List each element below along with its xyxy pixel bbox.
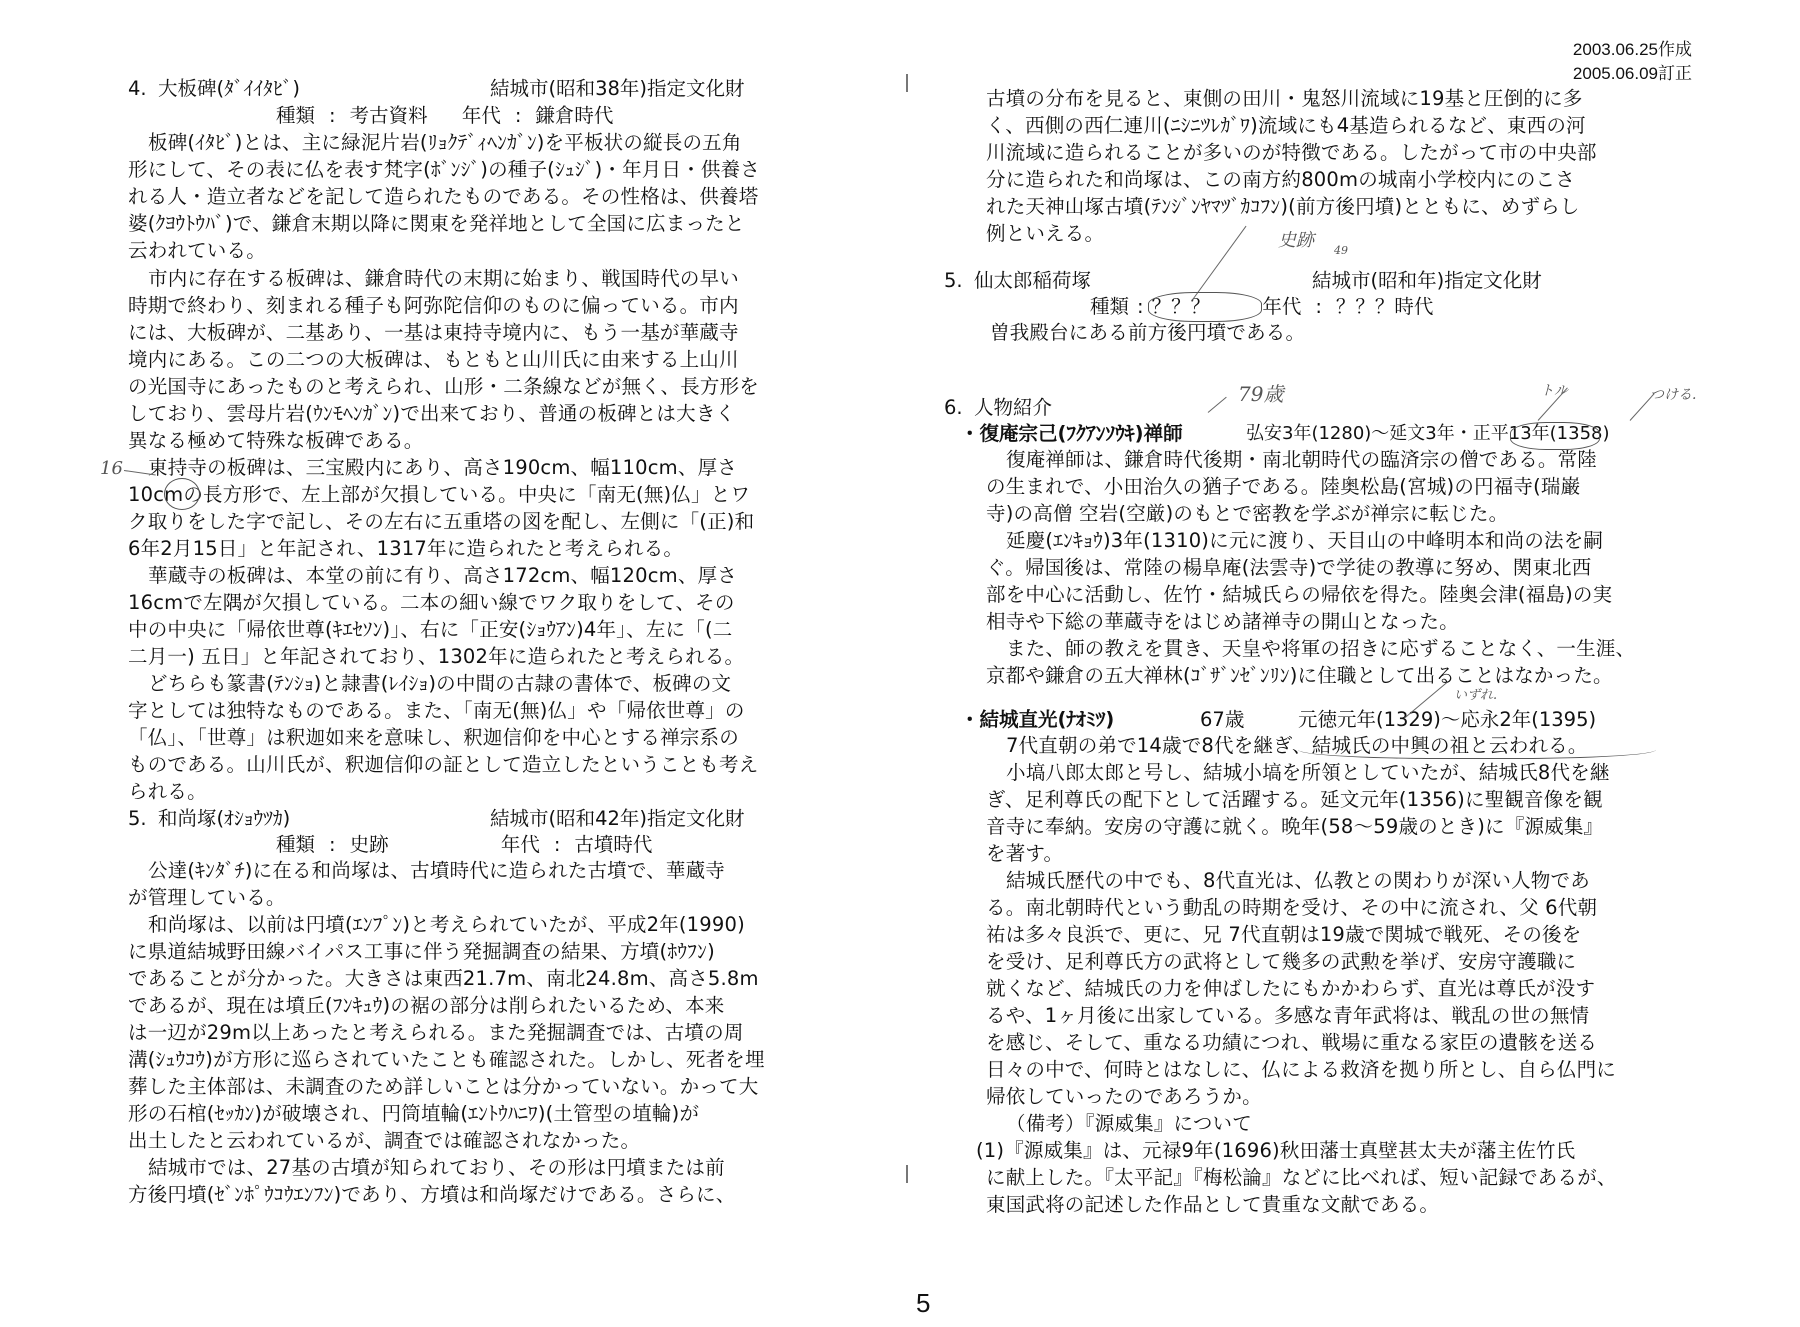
document-page: 2003.06.25作成 2005.06.09訂正 4.大板碑(ﾀﾞｲｲﾀﾋﾞ)… — [0, 0, 1800, 1327]
section-4-heading: 4.大板碑(ﾀﾞｲｲﾀﾋﾞ) 結城市(昭和38年)指定文化財 — [128, 76, 300, 102]
paragraph-line: 例といえる。 — [986, 221, 1104, 247]
paragraph-line: 就くなど、結城氏の力を伸ばしたにもかかわらず、直光は尊氏が没す — [986, 976, 1595, 1002]
paragraph-line: が管理している。 — [128, 885, 286, 911]
person-2-age: 67歳 — [1200, 707, 1244, 733]
paragraph-line: に県道結城野田線バイパス工事に伴う発掘調査の結果、方墳(ﾎｳﾌﾝ) — [128, 939, 715, 965]
paragraph-line: 古墳の分布を見ると、東側の田川・鬼怒川流域に19基と圧倒的に多 — [986, 86, 1583, 112]
section-5b-heading: 5.仙太郎稲荷塚 結城市(昭和年)指定文化財 — [944, 268, 1091, 294]
paragraph-line: の光国寺にあったものと考えられ、山形・二条線などが無く、長方形を — [128, 374, 759, 400]
paragraph-line: 帰依していったのであろうか。 — [986, 1084, 1262, 1110]
paragraph-line: は一辺が29m以上あったと考えられる。また発掘調査では、古墳の周 — [128, 1020, 744, 1046]
section-5-meta: 種類:史跡 年代:古墳時代 — [276, 832, 652, 858]
fold-mark-bottom — [906, 1165, 908, 1183]
paragraph-line: 公達(ｷﾝﾀﾞﾁ)に在る和尚塚は、古墳時代に造られた古墳で、華蔵寺 — [128, 858, 725, 884]
paragraph-line: 形の石棺(ｾｯｶﾝ)が破壊され、円筒埴輪(ｴﾝﾄｳﾊﾆﾜ)(土管型の埴輪)が — [128, 1101, 699, 1127]
section-5-title: 和尚塚(ｵｼｮｳﾂｶ) — [158, 807, 290, 830]
paragraph-line: る。南北朝時代という動乱の時期を受け、その中に流され、父 6代朝 — [986, 895, 1597, 921]
paragraph-line: 婆(ｸﾖｳﾄｳﾊﾞ)で、鎌倉末期以降に関東を発祥地として全国に広まったと — [128, 211, 745, 237]
paragraph-line: には、大板碑が、二基あり、一基は東持寺境内に、もう一基が華蔵寺 — [128, 320, 739, 346]
paragraph-line: 東国武将の記述した作品として貴重な文献である。 — [986, 1192, 1439, 1218]
paragraph-line: に献上した。『太平記』『梅松論』などに比べれば、短い記録であるが、 — [986, 1165, 1617, 1191]
annotation-circle — [1510, 422, 1600, 450]
paragraph-line: 異なる極めて特殊な板碑である。 — [128, 428, 424, 454]
person-2-name: ・結城直光(ﾅｵﾐﾂ) — [960, 708, 1114, 731]
handwritten-note-tsukeru: つける. — [1650, 384, 1696, 404]
paragraph-line: 時期で終わり、刻まれる種子も阿弥陀信仰のものに偏っている。市内 — [128, 293, 739, 319]
paragraph-line: 二月一) 五日」と年記されており、1302年に造られたと考えられる。 — [128, 644, 744, 670]
section-6-heading: 6.人物紹介 — [944, 395, 1052, 421]
paragraph-line: れる人・造立者などを記して造られたものである。その性格は、供養塔 — [128, 184, 758, 210]
paragraph-line: (1)『源威集』は、元禄9年(1696)秋田藩士真壁甚太夫が藩主佐竹氏 — [976, 1138, 1575, 1164]
paragraph-line: 市内に存在する板碑は、鎌倉時代の末期に始まり、戦国時代の早い — [128, 266, 739, 292]
paragraph-line: 境内にある。この二つの大板碑は、もともと山川氏に由来する上山川 — [128, 347, 739, 373]
created-date: 2003.06.25作成 — [1573, 38, 1692, 62]
section-5b-designation: 結城市(昭和年)指定文化財 — [1312, 268, 1542, 294]
paragraph-line: 溝(ｼｭｳｺｳ)が方形に巡らされていたことも確認された。しかし、死者を埋 — [128, 1047, 765, 1073]
paragraph-line: 方後円墳(ｾﾞﾝﾎﾟｳｺｳｴﾝﾌﾝ)であり、方墳は和尚塚だけである。さらに、 — [128, 1182, 735, 1208]
paragraph-line: 東持寺の板碑は、三宝殿内にあり、高さ190cm、幅110cm、厚さ — [128, 455, 737, 481]
paragraph-line: しており、雲母片岩(ｳﾝﾓﾍﾝｶﾞﾝ)で出来ており、普通の板碑とは大きく — [128, 401, 735, 427]
paragraph-line: 板碑(ｲﾀﾋﾞ)とは、主に緑泥片岩(ﾘｮｸﾃﾞｨﾍﾝｶﾞﾝ)を平板状の縦長の五角 — [128, 130, 742, 156]
paragraph-line: を感じ、そして、重なる功績につれ、戦場に重なる家臣の遺骸を送る — [986, 1030, 1597, 1056]
fold-mark-top — [906, 74, 908, 92]
person-1-name: ・復庵宗己(ﾌｸｱﾝｿｳｷ)禅師 — [960, 422, 1183, 445]
paragraph-line: 字としては独特なものである。また、「南无(無)仏」や「帰依世尊」の — [128, 698, 745, 724]
paragraph-line: ぐ。帰国後は、常陸の楊阜庵(法雲寺)で学徒の教導に努め、関東北西 — [986, 555, 1591, 581]
paragraph-line: ぎ、足利尊氏の配下として活躍する。延文元年(1356)に聖観音像を観 — [986, 787, 1603, 813]
paragraph-line: 音寺に奉納。安房の守護に就く。晩年(58～59歳のとき)に『源威集』 — [986, 814, 1603, 840]
paragraph-line: 祐は多々良浜で、更に、兄 7代直朝は19歳で関城で戦死、その後を — [986, 922, 1581, 948]
paragraph-line: どちらも篆書(ﾃﾝｼｮ)と隷書(ﾚｲｼｮ)の中間の古隷の書体で、板碑の文 — [128, 671, 731, 697]
paragraph-line: を著す。 — [986, 841, 1063, 867]
paragraph-line: また、師の教えを貫き、天皇や将軍の招きに応ずることなく、一生涯、 — [986, 636, 1635, 662]
paragraph-line: 川流域に造られることが多いのが特徴である。したがって市の中央部 — [986, 140, 1597, 166]
paragraph-line: であることが分かった。大きさは東西21.7m、南北24.8m、高さ5.8m — [128, 966, 759, 992]
annotation-underline — [1298, 736, 1656, 759]
paragraph-line: 華蔵寺の板碑は、本堂の前に有り、高さ172cm、幅120cm、厚さ — [128, 563, 737, 589]
paragraph-line: 10cmの長方形で、左上部が欠損している。中央に「南无(無)仏」とワ — [128, 482, 750, 508]
paragraph-line: 葬した主体部は、未調査のため詳しいことは分かっていない。かって大 — [128, 1074, 758, 1100]
handwritten-note-79: 79歳 — [1238, 378, 1283, 407]
annotation-stroke — [1192, 226, 1247, 301]
paragraph-line: るや、1ヶ月後に出家している。多感な青年武将は、戦乱の世の無情 — [986, 1003, 1589, 1029]
paragraph-line: 日々の中で、何時とはなしに、仏による救済を拠り所とし、自ら仏門に — [986, 1057, 1616, 1083]
handwritten-note-16: 16 — [100, 458, 123, 479]
section-4-era: 鎌倉時代 — [535, 103, 613, 129]
section-5-designation: 結城市(昭和42年)指定文化財 — [490, 806, 745, 832]
paragraph-line: く、西側の西仁連川(ﾆｼﾆﾂﾚｶﾞﾜ)流域にも4基造られるなど、東西の河 — [986, 113, 1586, 139]
paragraph-line: 云われている。 — [128, 238, 266, 264]
paragraph-line: 「仏」、「世尊」は釈迦如来を意味し、釈迦信仰を中心とする禅宗系の — [128, 725, 739, 751]
paragraph-line: 出土したと云われているが、調査では確認されなかった。 — [128, 1128, 640, 1154]
section-5-era: 古墳時代 — [574, 832, 652, 858]
revision-dates: 2003.06.25作成 2005.06.09訂正 — [1573, 38, 1692, 86]
handwritten-note-49: 49 — [1334, 244, 1348, 257]
paragraph-line: 小塙八郎太郎と号し、結城小塙を所領としていたが、結城氏8代を継 — [986, 760, 1610, 786]
paragraph-line: 分に造られた和尚塚は、この南方約800mの城南小学校内にのこさ — [986, 167, 1575, 193]
person-2-heading: ・結城直光(ﾅｵﾐﾂ) 67歳 元徳元年(1329)～応永2年(1395) — [960, 707, 1114, 733]
paragraph-line: 京都や鎌倉の五大禅林(ｺﾞｻﾞﾝｾﾞﾝﾘﾝ)に住職として出ることはなかった。 — [986, 663, 1613, 689]
paragraph-line: 中の中央に「帰依世尊(ｷｴｾｿﾝ)」、右に「正安(ｼｮｳｱﾝ)4年」、左に「(二 — [128, 617, 732, 643]
section-5b-era: ？？？時代 — [1336, 294, 1434, 320]
handwritten-note-izure: いずれ. — [1454, 684, 1497, 703]
annotation-stroke — [1208, 397, 1227, 413]
paragraph-line: の生まれで、小田治久の猶子である。陸奥松島(宮城)の円福寺(瑞巌 — [986, 474, 1580, 500]
annotation-circle — [164, 478, 200, 510]
paragraph-line: 曽我殿台にある前方後円墳である。 — [990, 320, 1305, 346]
paragraph-line: 延慶(ｴﾝｷｮｳ)3年(1310)に元に渡り、天目山の中峰明本和尚の法を嗣 — [986, 528, 1603, 554]
section-4-designation: 結城市(昭和38年)指定文化財 — [490, 76, 745, 102]
remarks-heading: （備考）『源威集』について — [986, 1111, 1252, 1137]
section-4-type: 考古資料 — [350, 103, 428, 129]
paragraph-line: れた天神山塚古墳(ﾃﾝｼﾞﾝﾔﾏﾂﾞｶｺﾌﾝ)(前方後円墳)とともに、めずらし — [986, 194, 1580, 220]
paragraph-line: ものである。山川氏が、釈迦信仰の証として造立したということも考え — [128, 752, 758, 778]
revised-date: 2005.06.09訂正 — [1573, 62, 1692, 86]
person-2-dates: 元徳元年(1329)～応永2年(1395) — [1298, 707, 1596, 733]
section-5-type: 史跡 — [350, 832, 389, 858]
annotation-stroke — [1630, 393, 1655, 420]
annotation-circle — [1148, 292, 1262, 322]
section-5-heading: 5.和尚塚(ｵｼｮｳﾂｶ) 結城市(昭和42年)指定文化財 — [128, 806, 290, 832]
section-5b-title: 仙太郎稲荷塚 — [974, 269, 1091, 292]
paragraph-line: 相寺や下総の華蔵寺をはじめ諸禅寺の開山となった。 — [986, 609, 1459, 635]
paragraph-line: 寺)の高僧 空岩(空厳)のもとで密教を学ぶが禅宗に転じた。 — [986, 501, 1508, 527]
paragraph-line: 形にして、その表に仏を表す梵字(ﾎﾞﾝｼﾞ)の種子(ｼｭｼﾞ)・年月日・供養さ — [128, 157, 760, 183]
section-4-title: 大板碑(ﾀﾞｲｲﾀﾋﾞ) — [158, 77, 300, 100]
paragraph-line: 6年2月15日」と年記され、1317年に造られたと考えられる。 — [128, 536, 683, 562]
paragraph-line: であるが、現在は墳丘(ﾌﾝｷｭｳ)の裾の部分は削られたいるため、本来 — [128, 993, 725, 1019]
section-6-title: 人物紹介 — [974, 396, 1052, 419]
paragraph-line: を受け、足利尊氏方の武将として幾多の武勲を挙げ、安房守護職に — [986, 949, 1576, 975]
paragraph-line: 部を中心に活動し、佐竹・結城氏らの帰依を得た。陸奥会津(福島)の実 — [986, 582, 1612, 608]
paragraph-line: 結城氏歴代の中でも、8代直光は、仏教との関わりが深い人物であ — [986, 868, 1590, 894]
paragraph-line: 和尚塚は、以前は円墳(ｴﾝﾌﾟﾝ)と考えられていたが、平成2年(1990) — [128, 912, 745, 938]
paragraph-line: 復庵禅師は、鎌倉時代後期・南北朝時代の臨済宗の僧である。常陸 — [986, 447, 1597, 473]
paragraph-line: ク取りをした字で記し、その左右に五重塔の図を配し、左側に「(正)和 — [128, 509, 754, 535]
paragraph-line: 結城市では、27基の古墳が知られており、その形は円墳または前 — [128, 1155, 725, 1181]
paragraph-line: られる。 — [128, 779, 207, 805]
handwritten-note-shiseki: 史跡 — [1278, 226, 1314, 252]
page-number: 5 — [916, 1288, 930, 1319]
person-1-heading: ・復庵宗己(ﾌｸｱﾝｿｳｷ)禅師 弘安3年(1280)～延文3年・正平13年(1… — [960, 421, 1183, 447]
section-4-meta: 種類:考古資料 年代:鎌倉時代 — [276, 103, 613, 129]
paragraph-line: 16cmで左隅が欠損している。二本の細い線でワク取りをして、その — [128, 590, 735, 616]
